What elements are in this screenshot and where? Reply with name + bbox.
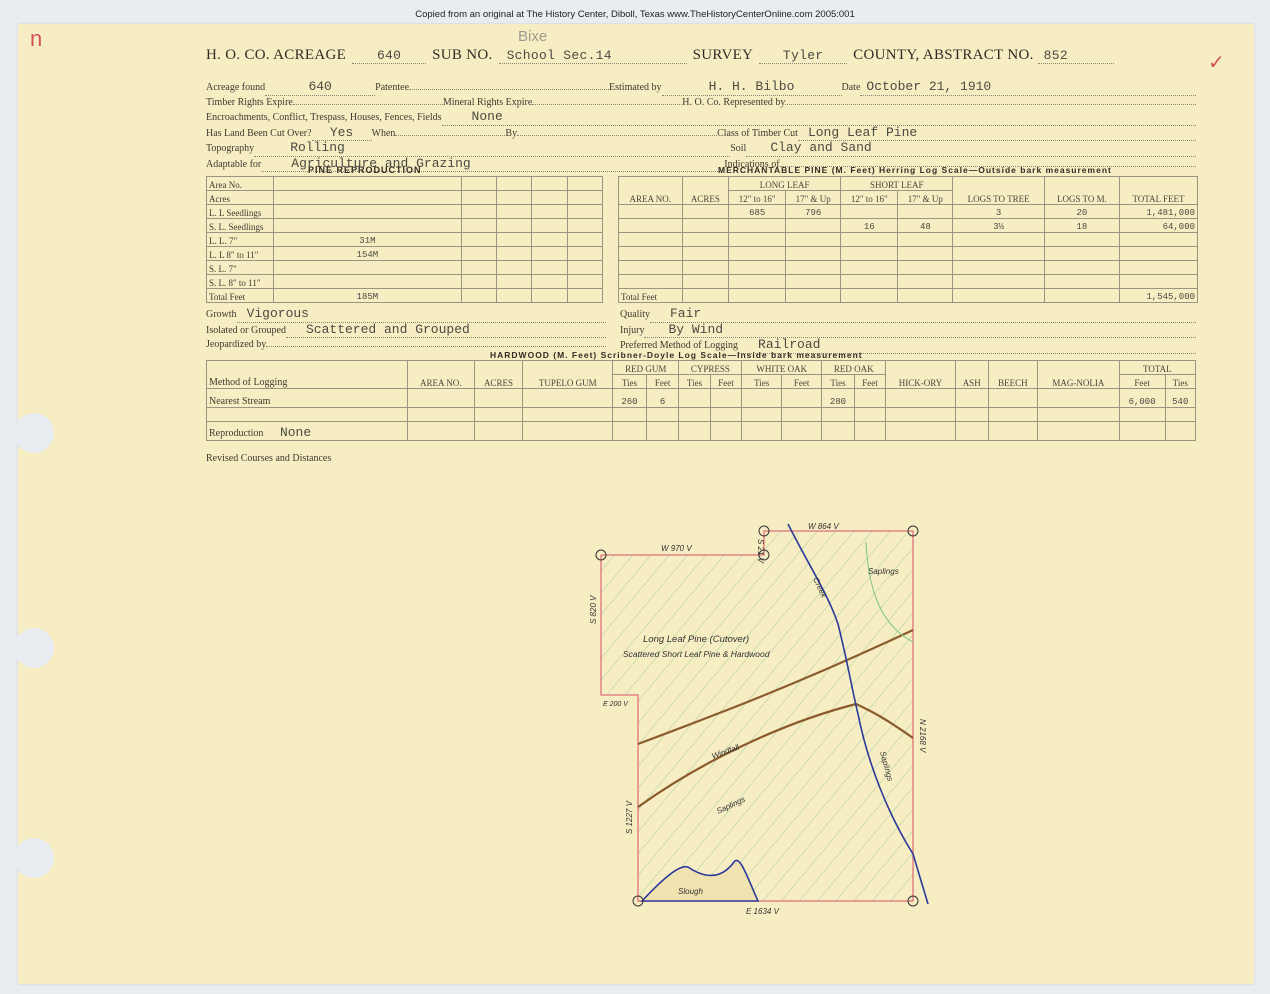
pine-repro-notes: GrowthVigorous Isolated or GroupedScatte… [206, 307, 606, 353]
cut-over-label: Has Land Been Cut Over? [206, 127, 312, 142]
call-step: E 200 V [603, 701, 629, 708]
mineral-rights-value [532, 104, 682, 105]
represented-by-label: H. O. Co. Represented by [682, 96, 785, 111]
when-value [395, 135, 505, 136]
pine-reproduction-title: PINE REPRODUCTION [308, 165, 422, 175]
archive-note: Copied from an original at The History C… [0, 9, 1270, 20]
injury-label: Injury [620, 324, 644, 339]
date-value: October 21, 1910 [860, 80, 1196, 96]
cut-over-value: Yes [312, 126, 372, 142]
map-label-longleaf: Long Leaf Pine (Cutover) [643, 634, 749, 645]
encroachments-value: None [442, 110, 1196, 126]
abstract-value: 852 [1038, 48, 1114, 64]
table-row: 685 796 3 20 1,481,000 [619, 205, 1198, 219]
binder-hole [14, 838, 54, 878]
jeopardized-label: Jeopardized by [206, 338, 266, 353]
when-label: When [372, 127, 396, 142]
class-cut-label: Class of Timber Cut [717, 127, 798, 142]
estimated-by-value: H. H. Bilbo [662, 80, 842, 96]
estimated-by-label: Estimated by [609, 81, 662, 96]
check-mark-icon: ✓ [1208, 50, 1225, 75]
by-value [517, 135, 717, 136]
growth-label: Growth [206, 308, 237, 323]
survey-value: Tyler [759, 48, 847, 64]
table-row: Nearest Stream 260 6 280 6,000 540 [207, 389, 1196, 408]
mineral-rights-label: Mineral Rights Expire [443, 96, 532, 111]
timber-estimate-card: n ✓ Bixe H. O. CO. ACREAGE 640 SUB NO. S… [18, 24, 1254, 984]
abstract-label: COUNTY, ABSTRACT NO. [853, 47, 1033, 64]
quality-label: Quality [620, 308, 650, 323]
map-label-scattered: Scattered Short Leaf Pine & Hardwood [623, 649, 770, 659]
by-label: By [505, 127, 517, 142]
pencil-note: Bixe [518, 28, 547, 45]
reproduction-label: Reproduction [209, 428, 263, 439]
patentee-value [409, 89, 609, 90]
isolated-label: Isolated or Grouped [206, 324, 286, 339]
margin-mark-n: n [30, 26, 42, 52]
injury-value: By Wind [644, 323, 1196, 339]
binder-hole [14, 628, 54, 668]
survey-label: SURVEY [693, 47, 754, 64]
call-north-top: W 864 V [808, 522, 839, 531]
quality-value: Fair [650, 307, 1196, 323]
merchantable-pine-table: AREA NO. ACRES LONG LEAF SHORT LEAF LOGS… [618, 176, 1198, 303]
jeopardized-value [266, 346, 606, 347]
call-jog: S 21 V [756, 539, 765, 564]
soil-label: Soil [730, 142, 746, 157]
call-east: N 2168 V [918, 719, 927, 753]
topography-value: Rolling [254, 141, 730, 157]
call-west-upper: S 820 V [589, 595, 598, 624]
acreage-found-value: 640 [265, 80, 375, 96]
field-block: Acreage found 640 Patentee Estimated by … [206, 80, 1196, 172]
pine-reproduction-table: Area No. Acres L. L Seedlings S. L. Seed… [206, 176, 603, 303]
topography-label: Topography [206, 142, 254, 157]
merch-notes: QualityFair InjuryBy Wind Preferred Meth… [620, 307, 1196, 354]
sub-no-label: SUB NO. [432, 47, 492, 64]
isolated-value: Scattered and Grouped [286, 323, 606, 339]
binder-hole [14, 413, 54, 453]
map-label-slough: Slough [678, 887, 703, 896]
table-row: 16 48 3½ 18 64,000 [619, 219, 1198, 233]
revised-courses-label: Revised Courses and Distances [206, 453, 331, 464]
growth-value: Vigorous [237, 307, 606, 323]
hardwood-table: Method of Logging AREA NO. ACRES TUPELO … [206, 360, 1196, 441]
patentee-label: Patentee [375, 81, 409, 96]
acreage-label: H. O. CO. ACREAGE [206, 47, 346, 64]
adaptable-label: Adaptable for [206, 158, 261, 173]
encroachments-label: Encroachments, Conflict, Trespass, House… [206, 111, 442, 126]
sub-no-value: School Sec.14 [499, 48, 687, 64]
represented-by-value [785, 104, 1196, 105]
hardwood-title: HARDWOOD (M. Feet) Scribner-Doyle Log Sc… [490, 350, 863, 360]
merchantable-pine-title: MERCHANTABLE PINE (M. Feet) Herring Log … [718, 165, 1112, 175]
class-cut-value: Long Leaf Pine [798, 126, 1196, 142]
call-west-lower: S 1227 V [625, 800, 634, 834]
reproduction-value: None [266, 425, 311, 440]
call-top-left: W 970 V [661, 544, 692, 553]
map-label-saplings-ne: Saplings [868, 567, 899, 576]
call-south: E 1634 V [746, 907, 780, 914]
acreage-value: 640 [352, 48, 426, 64]
date-label: Date [842, 81, 861, 96]
timber-rights-value [293, 104, 443, 105]
survey-sketch-map: W 864 V W 970 V S 21 V S 820 V E 200 V S… [578, 514, 958, 914]
soil-value: Clay and Sand [746, 141, 1196, 157]
timber-rights-label: Timber Rights Expire [206, 96, 293, 111]
card-header: H. O. CO. ACREAGE 640 SUB NO. School Sec… [206, 47, 1196, 64]
acreage-found-label: Acreage found [206, 81, 265, 96]
